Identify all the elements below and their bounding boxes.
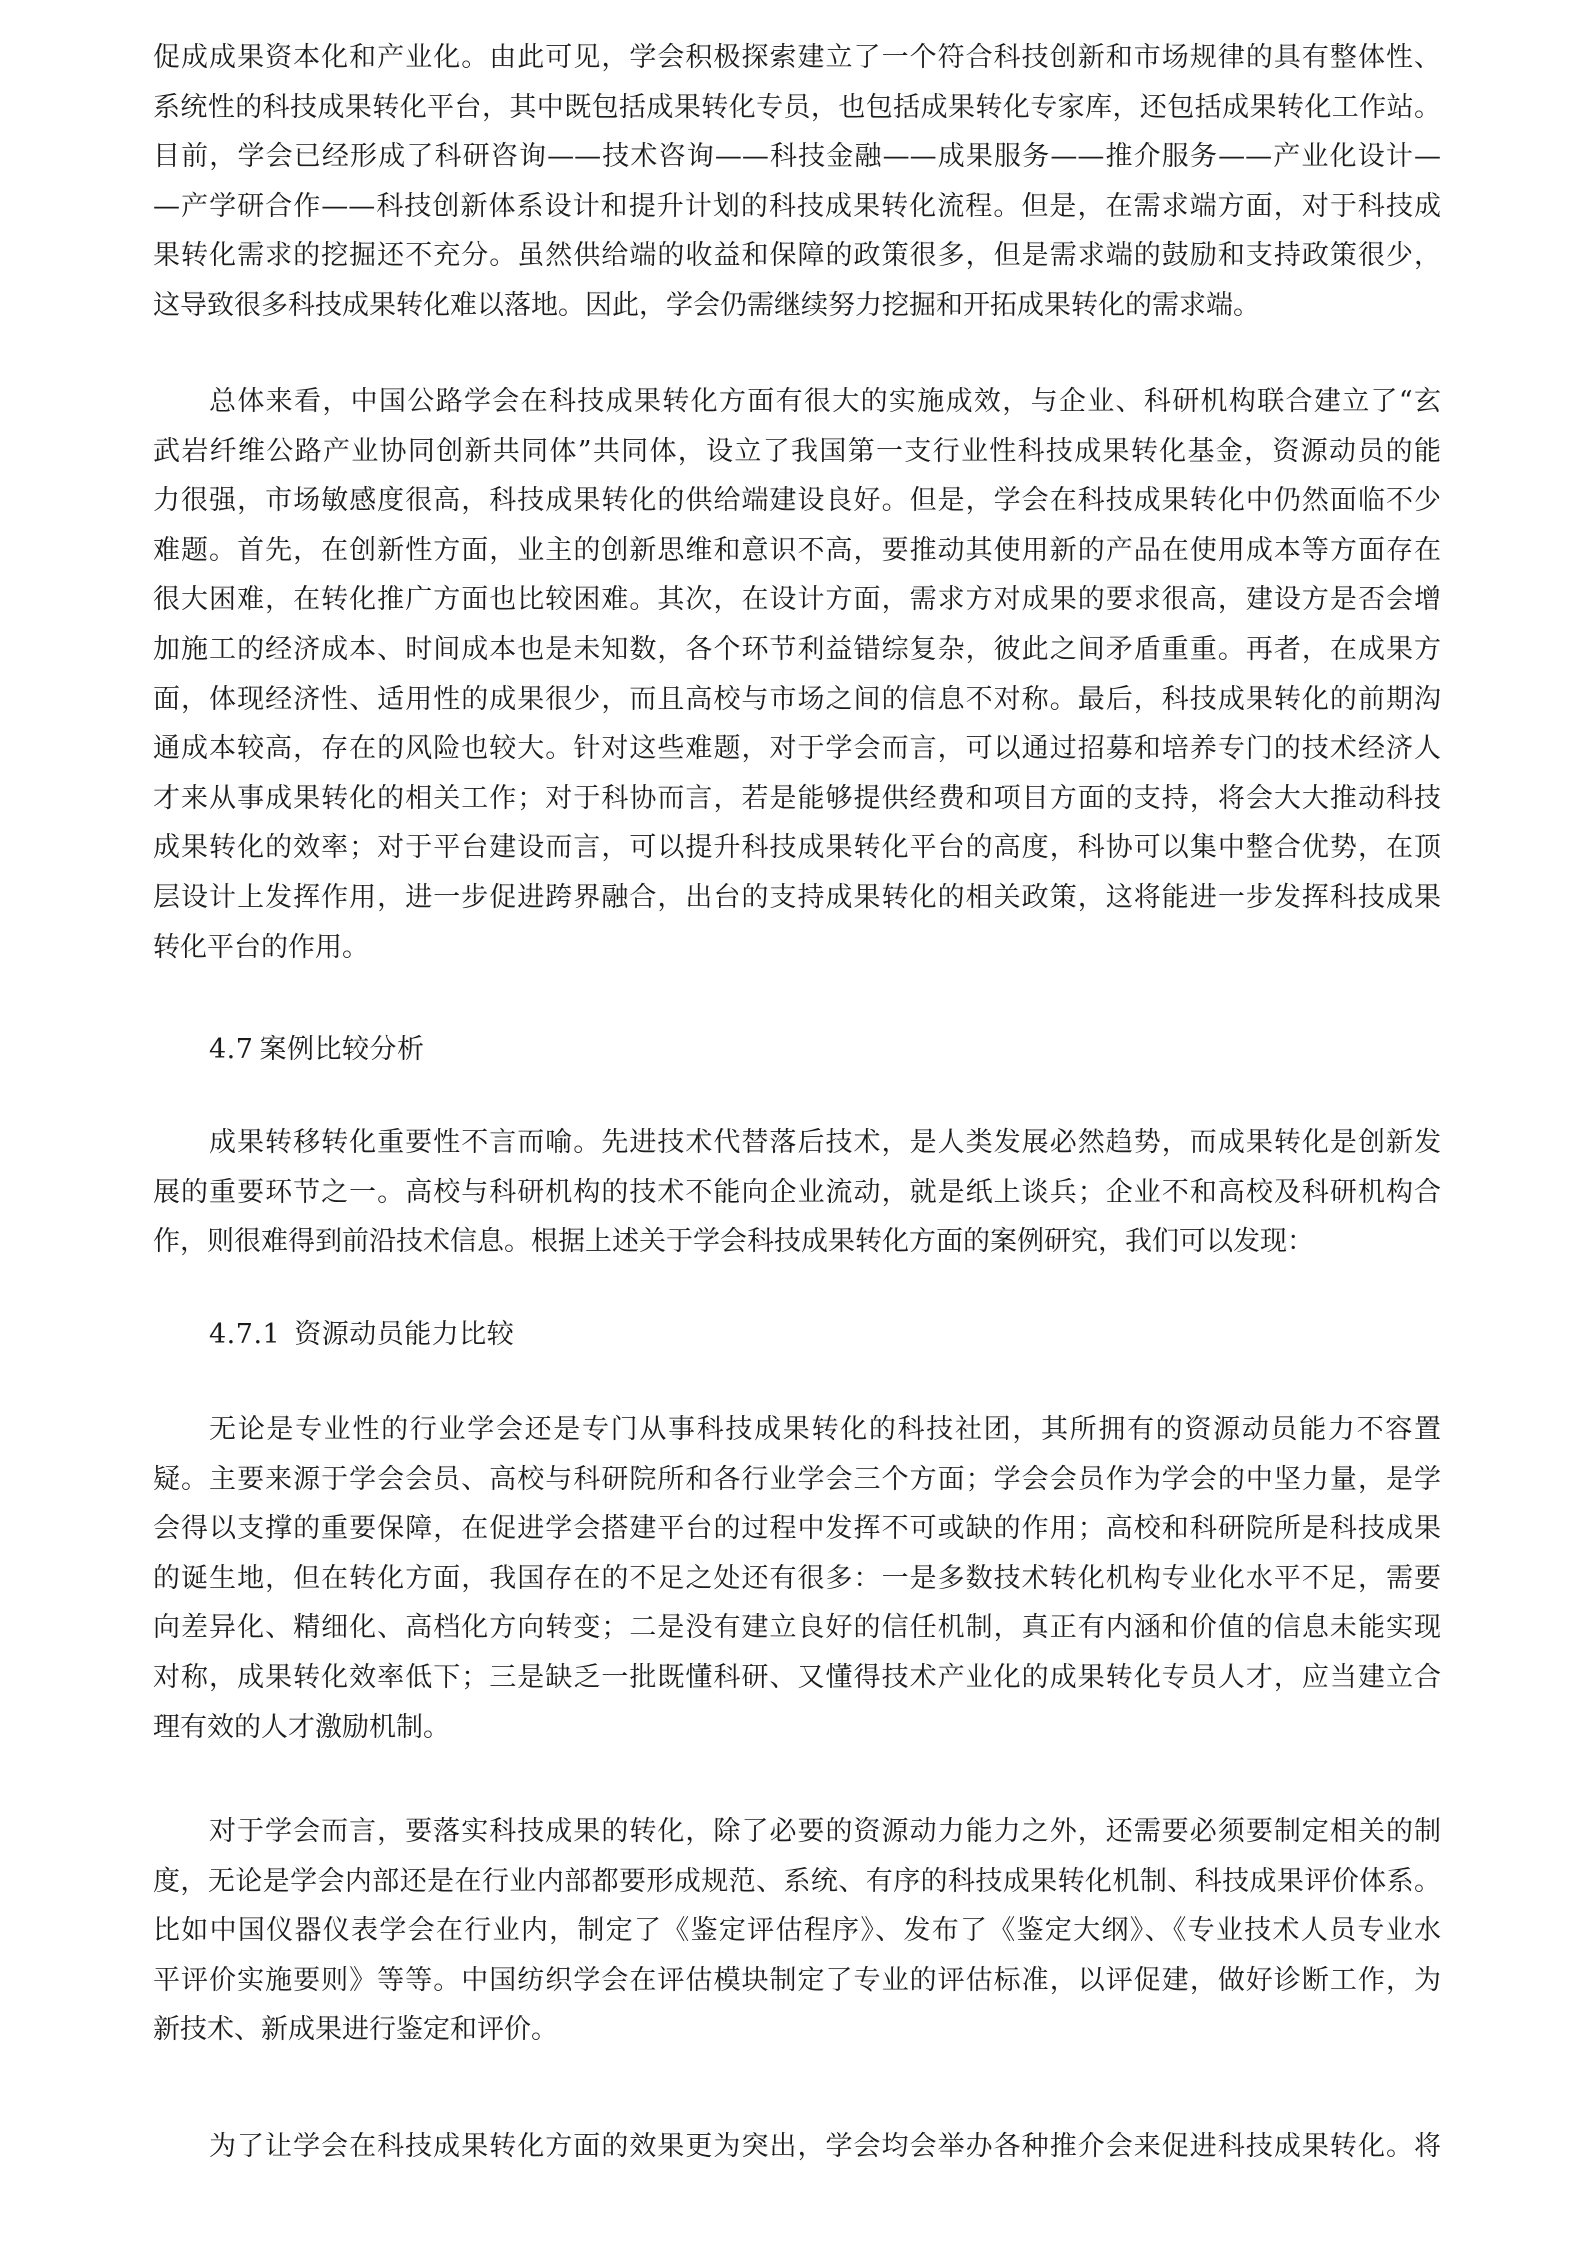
text-line: 对于学会而言，要落实科技成果的转化，除了必要的资源动力能力之外，还需要必须要制定… <box>153 1807 1441 1857</box>
text-line: —产学研合作——科技创新体系设计和提升计划的科技成果转化流程。但是，在需求端方面… <box>153 182 1441 232</box>
section-title: 案例比较分析 <box>259 1034 424 1065</box>
text-line: 加施工的经济成本、时间成本也是未知数，各个环节利益错综复杂，彼此之间矛盾重重。再… <box>153 625 1441 675</box>
text-line: 无论是专业性的行业学会还是专门从事科技成果转化的科技社团，其所拥有的资源动员能力… <box>153 1405 1441 1455</box>
text-line: 面，体现经济性、适用性的成果很少，而且高校与市场之间的信息不对称。最后，科技成果… <box>153 675 1441 725</box>
text-line: 很大困难，在转化推广方面也比较困难。其次，在设计方面，需求方对成果的要求很高，建… <box>153 575 1441 625</box>
text-line: 果转化需求的挖掘还不充分。虽然供给端的收益和保障的政策很多，但是需求端的鼓励和支… <box>153 231 1441 281</box>
text-line: 作，则很难得到前沿技术信息。根据上述关于学会科技成果转化方面的案例研究，我们可以… <box>153 1217 1441 1267</box>
document-page: 促成成果资本化和产业化。由此可见，学会积极探索建立了一个符合科技创新和市场规律的… <box>0 0 1587 2245</box>
section-number: 4.7 <box>209 1034 253 1065</box>
paragraph-2: 总体来看，中国公路学会在科技成果转化方面有很大的实施成效，与企业、科研机构联合建… <box>153 377 1441 972</box>
text-line: 疑。主要来源于学会会员、高校与科研院所和各行业学会三个方面；学会会员作为学会的中… <box>153 1455 1441 1505</box>
text-line: 难题。首先，在创新性方面，业主的创新思维和意识不高，要推动其使用新的产品在使用成… <box>153 526 1441 576</box>
text-line: 通成本较高，存在的风险也较大。针对这些难题，对于学会而言，可以通过招募和培养专门… <box>153 724 1441 774</box>
text-line: 力很强，市场敏感度很高，科技成果转化的供给端建设良好。但是，学会在科技成果转化中… <box>153 476 1441 526</box>
section-title: 资源动员能力比较 <box>294 1319 514 1350</box>
text-line: 度，无论是学会内部还是在行业内部都要形成规范、系统、有序的科技成果转化机制、科技… <box>153 1857 1441 1907</box>
paragraph-4: 无论是专业性的行业学会还是专门从事科技成果转化的科技社团，其所拥有的资源动员能力… <box>153 1405 1441 1752</box>
text-line: 这导致很多科技成果转化难以落地。因此，学会仍需继续努力挖掘和开拓成果转化的需求端… <box>153 281 1441 331</box>
section-heading-4-7: 4.7案例比较分析 <box>209 1025 424 1075</box>
text-line: 展的重要环节之一。高校与科研机构的技术不能向企业流动，就是纸上谈兵；企业不和高校… <box>153 1168 1441 1218</box>
text-line: 成果转化的效率；对于平台建设而言，可以提升科技成果转化平台的高度，科协可以集中整… <box>153 823 1441 873</box>
section-number: 4.7.1 <box>209 1319 280 1350</box>
text-line: 目前，学会已经形成了科研咨询——技术咨询——科技金融——成果服务——推介服务——… <box>153 132 1441 182</box>
text-line: 的诞生地，但在转化方面，我国存在的不足之处还有很多：一是多数技术转化机构专业化水… <box>153 1554 1441 1604</box>
text-line: 转化平台的作用。 <box>153 923 1441 973</box>
text-line: 比如中国仪器仪表学会在行业内，制定了《鉴定评估程序》、发布了《鉴定大纲》、《专业… <box>153 1906 1441 1956</box>
paragraph-1: 促成成果资本化和产业化。由此可见，学会积极探索建立了一个符合科技创新和市场规律的… <box>153 33 1441 331</box>
text-line: 理有效的人才激励机制。 <box>153 1703 1441 1753</box>
text-line: 平评价实施要则》等等。中国纺织学会在评估模块制定了专业的评估标准，以评促建，做好… <box>153 1956 1441 2006</box>
text-line: 武岩纤维公路产业协同创新共同体”共同体，设立了我国第一支行业性科技成果转化基金，… <box>153 427 1441 477</box>
text-line: 向差异化、精细化、高档化方向转变；二是没有建立良好的信任机制，真正有内涵和价值的… <box>153 1603 1441 1653</box>
paragraph-3: 成果转移转化重要性不言而喻。先进技术代替落后技术，是人类发展必然趋势，而成果转化… <box>153 1118 1441 1267</box>
text-line: 促成成果资本化和产业化。由此可见，学会积极探索建立了一个符合科技创新和市场规律的… <box>153 33 1441 83</box>
text-line: 为了让学会在科技成果转化方面的效果更为突出，学会均会举办各种推介会来促进科技成果… <box>153 2122 1441 2172</box>
text-line: 成果转移转化重要性不言而喻。先进技术代替落后技术，是人类发展必然趋势，而成果转化… <box>153 1118 1441 1168</box>
paragraph-6: 为了让学会在科技成果转化方面的效果更为突出，学会均会举办各种推介会来促进科技成果… <box>153 2122 1441 2172</box>
text-line: 才来从事成果转化的相关工作；对于科协而言，若是能够提供经费和项目方面的支持，将会… <box>153 774 1441 824</box>
text-line: 层设计上发挥作用，进一步促进跨界融合，出台的支持成果转化的相关政策，这将能进一步… <box>153 873 1441 923</box>
text-line: 对称，成果转化效率低下；三是缺乏一批既懂科研、又懂得技术产业化的成果转化专员人才… <box>153 1653 1441 1703</box>
text-line: 系统性的科技成果转化平台，其中既包括成果转化专员，也包括成果转化专家库，还包括成… <box>153 83 1441 133</box>
paragraph-5: 对于学会而言，要落实科技成果的转化，除了必要的资源动力能力之外，还需要必须要制定… <box>153 1807 1441 2055</box>
text-line: 会得以支撑的重要保障，在促进学会搭建平台的过程中发挥不可或缺的作用；高校和科研院… <box>153 1504 1441 1554</box>
text-line: 新技术、新成果进行鉴定和评价。 <box>153 2005 1441 2055</box>
section-heading-4-7-1: 4.7.1资源动员能力比较 <box>209 1310 514 1360</box>
text-line: 总体来看，中国公路学会在科技成果转化方面有很大的实施成效，与企业、科研机构联合建… <box>153 377 1441 427</box>
